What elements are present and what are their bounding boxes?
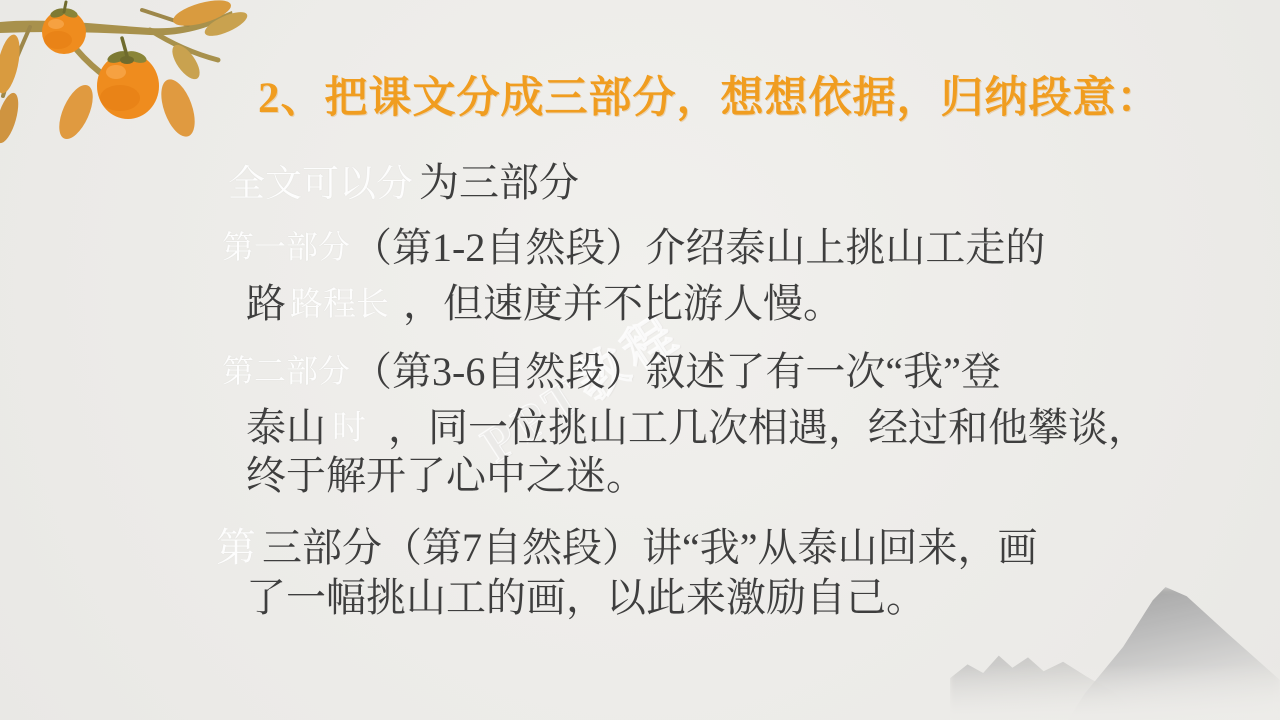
persimmon-branch-illustration xyxy=(0,0,250,178)
body-text: ，同一位挑山工几次相遇，经过和他攀谈， xyxy=(388,405,1148,450)
hidden-answer-text: 时 xyxy=(332,410,366,447)
body-text: 终于解开了心中之迷。 xyxy=(246,453,646,498)
body-line-1: 全文可以分为三部分 xyxy=(228,160,579,208)
persimmon-icon xyxy=(42,2,86,54)
body-text: 三部分（第7自然段）讲“我”从泰山回来，画 xyxy=(262,525,1038,570)
hidden-answer-text: 第 xyxy=(216,525,256,570)
body-line-8: 了一幅挑山工的画，以此来激励自己。 xyxy=(246,575,926,621)
mountain-fog-fade xyxy=(950,665,1280,720)
hidden-answer-text: 全文可以分 xyxy=(228,164,413,205)
ink-mountains-illustration xyxy=(950,565,1280,720)
body-text: ，但速度并不比游人慢。 xyxy=(403,281,843,326)
body-text: 为三部分 xyxy=(419,160,579,205)
body-line-6: 终于解开了心中之迷。 xyxy=(246,453,646,499)
hidden-answer-text: 路程长 xyxy=(290,287,389,323)
persimmon-branch-svg xyxy=(0,0,250,178)
persimmon-icon xyxy=(97,38,159,119)
body-text: 路 xyxy=(246,281,286,326)
slide-title: 2、把课文分成三部分，想想依据，归纳段意： xyxy=(258,64,1161,125)
body-text: 了一幅挑山工的画，以此来激励自己。 xyxy=(246,575,926,620)
body-text: （第1-2自然段）介绍泰山上挑山工走的 xyxy=(352,225,1045,270)
body-line-5: 泰山时，同一位挑山工几次相遇，经过和他攀谈， xyxy=(246,405,1148,452)
body-line-4: 第二部分（第3-6自然段）叙述了有一次“我”登 xyxy=(222,348,1001,395)
presentation-slide: 2、把课文分成三部分，想想依据，归纳段意： PPT教程 全文可以分为三部分 第一… xyxy=(0,0,1280,720)
body-line-3: 路路程长，但速度并不比游人慢。 xyxy=(246,281,843,328)
hidden-answer-text: 第二部分 xyxy=(222,353,350,389)
body-line-7: 第三部分（第7自然段）讲“我”从泰山回来，画 xyxy=(216,525,1038,571)
body-line-2: 第一部分（第1-2自然段）介绍泰山上挑山工走的 xyxy=(222,224,1045,271)
hidden-answer-text: 第一部分 xyxy=(222,229,350,265)
body-text: 泰山 xyxy=(246,405,326,450)
body-text: （第3-6自然段）叙述了有一次“我”登 xyxy=(352,349,1001,394)
